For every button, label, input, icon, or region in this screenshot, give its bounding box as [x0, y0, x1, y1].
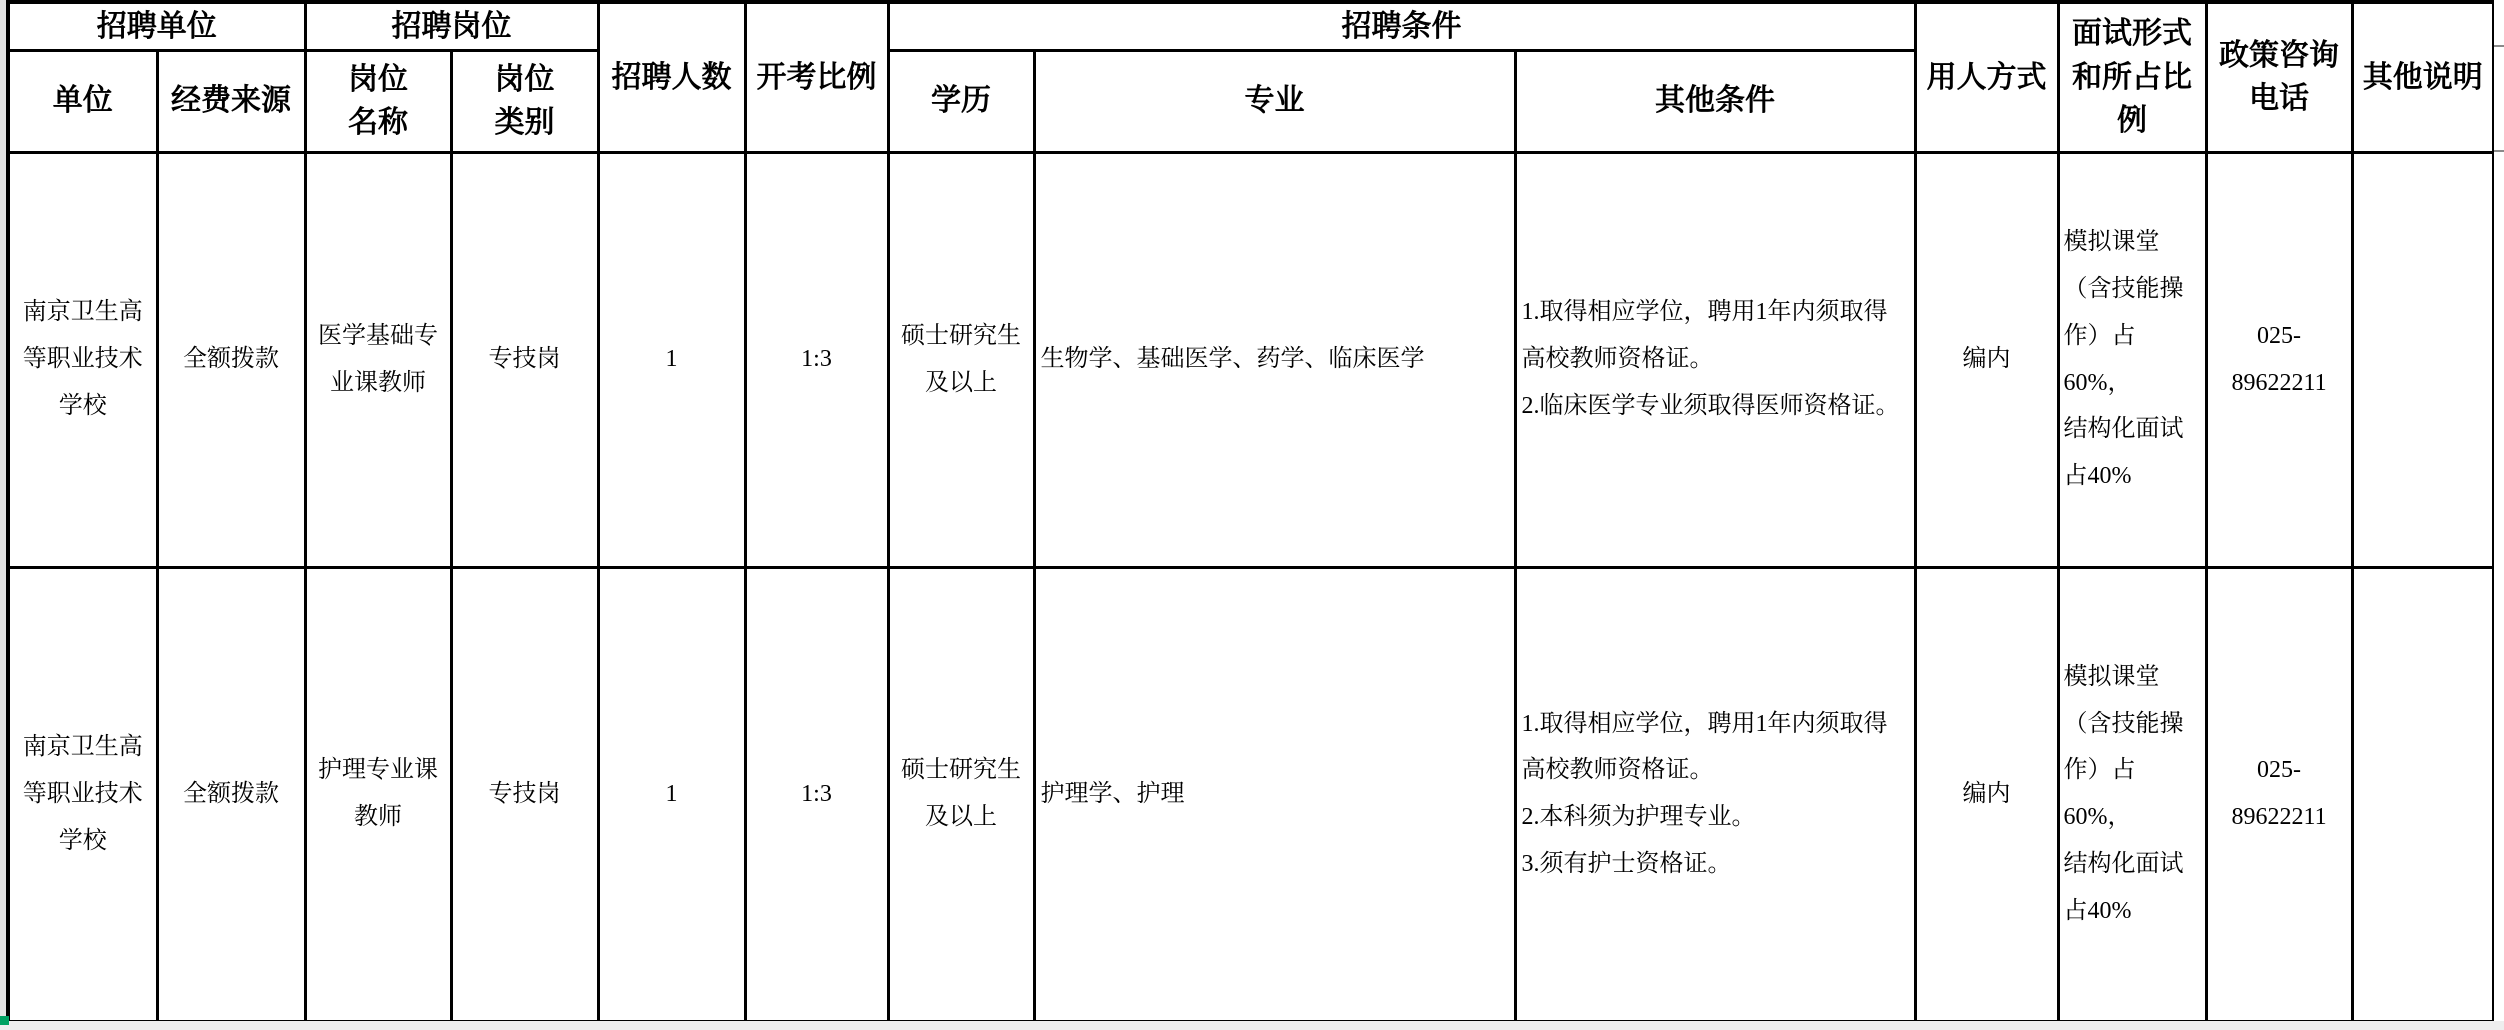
header-cell-major[interactable]: 专业	[1034, 50, 1515, 152]
header-cell-count[interactable]: 招聘人数	[598, 2, 745, 152]
cell-post-name[interactable]: 护理专业课 教师	[305, 567, 451, 1022]
cell-post-type[interactable]: 专技岗	[451, 152, 598, 567]
cell-funding[interactable]: 全额拨款	[157, 152, 305, 567]
header-cell-post-type[interactable]: 岗位 类别	[451, 50, 598, 152]
header-cell-interview-form[interactable]: 面试形式和所占比例	[2058, 2, 2206, 152]
cell-employment[interactable]: 编内	[1915, 567, 2058, 1022]
cell-major[interactable]: 护理学、护理	[1034, 567, 1515, 1022]
cell-major[interactable]: 生物学、基础医学、药学、临床医学	[1034, 152, 1515, 567]
cell-unit[interactable]: 南京卫生高 等职业技术 学校	[8, 152, 157, 567]
table-row: 南京卫生高 等职业技术 学校 全额拨款 护理专业课 教师 专技岗 1 1:3 硕…	[8, 567, 2494, 1022]
header-group-conditions[interactable]: 招聘条件	[888, 2, 1915, 50]
cell-phone[interactable]: 025- 89622211	[2206, 152, 2352, 567]
cell-unit[interactable]: 南京卫生高 等职业技术 学校	[8, 567, 157, 1022]
header-cell-exam-ratio[interactable]: 开考比例	[745, 2, 888, 152]
header-cell-policy-phone[interactable]: 政策咨询 电话	[2206, 2, 2352, 152]
cell-ratio[interactable]: 1:3	[745, 152, 888, 567]
table-row: 南京卫生高 等职业技术 学校 全额拨款 医学基础专 业课教师 专技岗 1 1:3…	[8, 152, 2494, 567]
cell-other-conditions[interactable]: 1.取得相应学位，聘用1年内须取得高校教师资格证。 2.本科须为护理专业。 3.…	[1515, 567, 1915, 1022]
cell-employment[interactable]: 编内	[1915, 152, 2058, 567]
header-cell-other-notes[interactable]: 其他说明	[2352, 2, 2494, 152]
header-cell-unit[interactable]: 单位	[8, 50, 157, 152]
adjacent-cell-border	[2494, 150, 2504, 152]
recruitment-table: 招聘单位 招聘岗位 招聘人数 开考比例 招聘条件 用人方式 面试形式和所占比例 …	[6, 0, 2496, 1024]
header-cell-employment-type[interactable]: 用人方式	[1915, 2, 2058, 152]
header-cell-post-name[interactable]: 岗位 名称	[305, 50, 451, 152]
cell-education[interactable]: 硕士研究生 及以上	[888, 567, 1034, 1022]
adjacent-cell-border	[2494, 45, 2504, 47]
cell-note[interactable]	[2352, 567, 2494, 1022]
cell-count[interactable]: 1	[598, 152, 745, 567]
header-group-recruiting-unit[interactable]: 招聘单位	[8, 2, 305, 50]
header-group-recruiting-post[interactable]: 招聘岗位	[305, 2, 598, 50]
cell-phone[interactable]: 025- 89622211	[2206, 567, 2352, 1022]
cell-funding[interactable]: 全额拨款	[157, 567, 305, 1022]
cell-post-type[interactable]: 专技岗	[451, 567, 598, 1022]
cell-post-name[interactable]: 医学基础专 业课教师	[305, 152, 451, 567]
cell-note[interactable]	[2352, 152, 2494, 567]
cell-interview[interactable]: 模拟课堂 （含技能操作）占60%， 结构化面试占40%	[2058, 152, 2206, 567]
header-cell-other-conditions[interactable]: 其他条件	[1515, 50, 1915, 152]
adjacent-column-sliver	[2494, 0, 2504, 1021]
cell-education[interactable]: 硕士研究生 及以上	[888, 152, 1034, 567]
cell-ratio[interactable]: 1:3	[745, 567, 888, 1022]
header-cell-education[interactable]: 学历	[888, 50, 1034, 152]
cell-count[interactable]: 1	[598, 567, 745, 1022]
sheet-bottom-margin	[0, 1021, 2504, 1030]
header-cell-funding-source[interactable]: 经费来源	[157, 50, 305, 152]
cell-other-conditions[interactable]: 1.取得相应学位，聘用1年内须取得高校教师资格证。 2.临床医学专业须取得医师资…	[1515, 152, 1915, 567]
cell-interview[interactable]: 模拟课堂 （含技能操作）占60%， 结构化面试占40%	[2058, 567, 2206, 1022]
selection-fill-handle[interactable]	[0, 1016, 9, 1025]
